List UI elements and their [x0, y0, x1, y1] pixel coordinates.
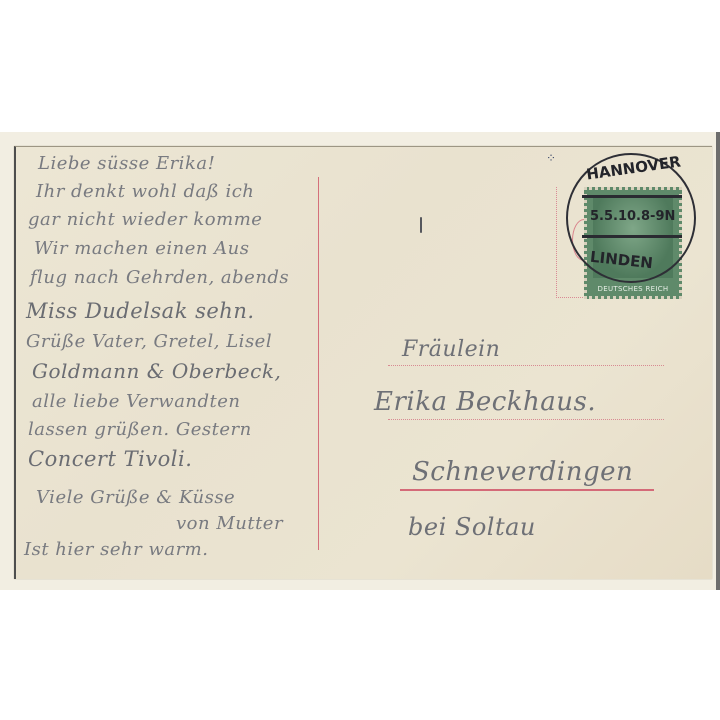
postmark-bar	[582, 235, 682, 238]
postcard: Liebe süsse Erika! Ihr denkt wohl daß ic…	[14, 146, 712, 579]
message-line: Grüße Vater, Gretel, Lisel	[26, 331, 272, 352]
message-line: Liebe süsse Erika!	[38, 153, 215, 174]
address-line: bei Soltau	[408, 513, 536, 541]
message-line: von Mutter	[176, 513, 283, 534]
postmark-bar	[582, 195, 682, 198]
message-line: Goldmann & Oberbeck,	[32, 359, 281, 383]
address-underline	[400, 489, 654, 491]
postmark-date: 5.5.10.8-9N	[590, 209, 675, 224]
stamp-label: DEUTSCHES REICH	[587, 285, 679, 293]
address-guide-line	[388, 365, 664, 366]
address-guide-line	[388, 419, 664, 420]
message-line: Miss Dudelsak sehn.	[26, 299, 255, 323]
message-line: lassen grüßen. Gestern	[28, 419, 252, 440]
mount-edge	[716, 132, 720, 590]
message-line: Viele Grüße & Küsse	[36, 487, 235, 508]
center-divider-line	[318, 177, 319, 550]
message-line: gar nicht wieder komme	[28, 209, 262, 230]
postmark-city: HANNOVER	[585, 152, 682, 183]
address-line: Schneverdingen	[412, 457, 633, 487]
address-line: Erika Beckhaus.	[374, 387, 596, 417]
address-line: Fräulein	[402, 337, 500, 362]
ink-smudge: ⁘	[546, 151, 556, 165]
message-line: alle liebe Verwandten	[32, 391, 241, 412]
message-line: Ihr denkt wohl daß ich	[36, 181, 254, 202]
message-line: Ist hier sehr warm.	[24, 539, 208, 560]
message-line: Wir machen einen Aus	[34, 238, 250, 259]
postmark: HANNOVER 5.5.10.8-9N LINDEN	[566, 153, 696, 283]
message-line: Concert Tivoli.	[28, 447, 192, 471]
pencil-mark	[420, 217, 422, 233]
message-line: flug nach Gehrden, abends	[30, 267, 289, 288]
postmark-district: LINDEN	[589, 248, 653, 272]
